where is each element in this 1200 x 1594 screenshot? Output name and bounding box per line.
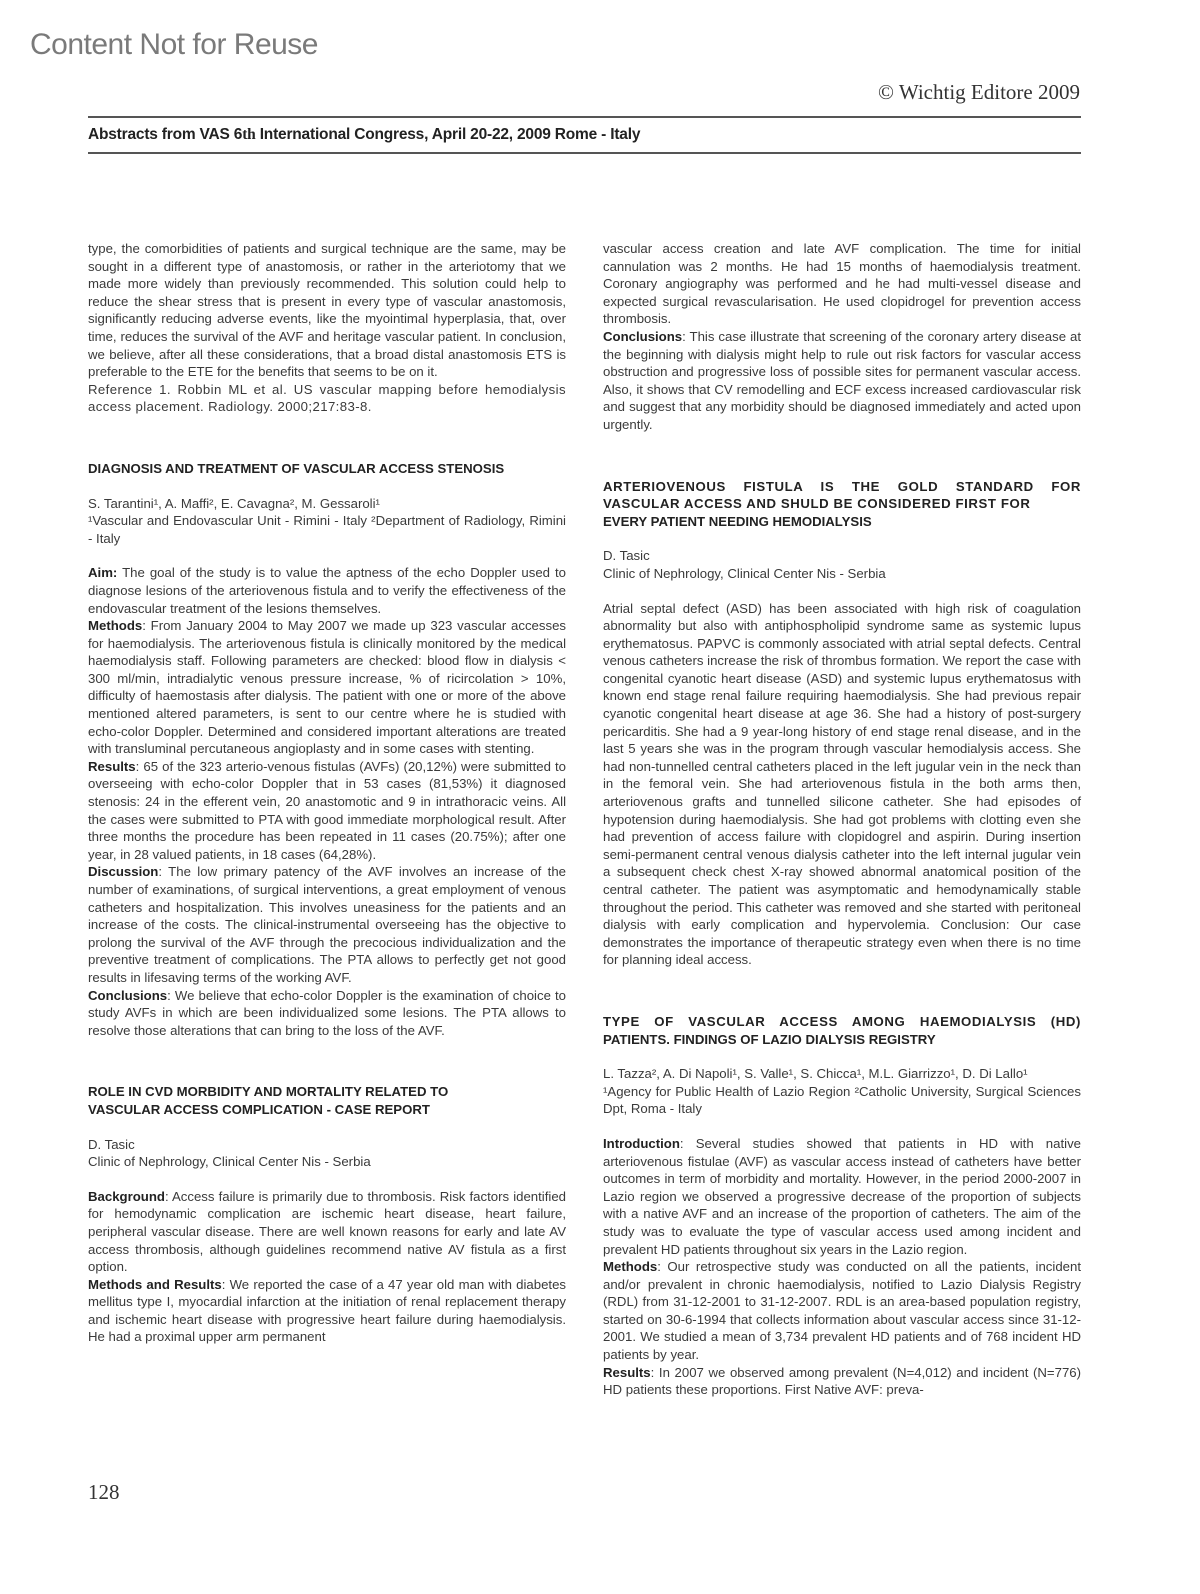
section-results: Results: 65 of the 323 arterio-venous fi… [88,758,566,864]
affiliation-lazio: ¹Agency for Public Health of Lazio Regio… [603,1083,1081,1118]
section-label: Conclusions [88,988,167,1003]
section-methods-results: Methods and Results: We reported the cas… [88,1276,566,1346]
authors-avf: D. Tasic [603,547,1081,565]
section-conclusions: Conclusions: This case illustrate that s… [603,328,1081,434]
authors-stenosis: S. Tarantini¹, A. Maffi², E. Cavagna², M… [88,495,566,513]
title-line: VASCULAR ACCESS COMPLICATION - CASE REPO… [88,1102,430,1117]
running-head-ordinal: th [242,126,255,143]
abstract-title-avf-last: EVERY PATIENT NEEDING HEMODIALYSIS [603,513,1081,531]
running-head-text-end: International Congress, April 20-22, 200… [256,126,641,143]
abstract-title-lazio-last: PATIENTS. FINDINGS OF LAZIO DIALYSIS REG… [603,1031,1081,1049]
abstract-title-cvd: ROLE IN CVD MORBIDITY AND MORTALITY RELA… [88,1083,566,1118]
section-label: Results [88,759,136,774]
section-text: : 65 of the 323 arterio-venous fistulas … [88,759,566,862]
section-text: : In 2007 we observed among prevalent (N… [603,1365,1081,1398]
section-background: Background: Access failure is primarily … [88,1188,566,1276]
section-text: : This case illustrate that screening of… [603,329,1081,432]
section-text: The goal of the study is to value the ap… [88,565,566,615]
section-label: Methods [88,618,142,633]
section-conclusions: Conclusions: We believe that echo-color … [88,987,566,1040]
section-label: Introduction [603,1136,680,1151]
section-label: Results [603,1365,651,1380]
affiliation-stenosis: ¹Vascular and Endovascular Unit - Rimini… [88,512,566,547]
section-discussion: Discussion: The low primary patency of t… [88,863,566,986]
header-rule-bottom [88,152,1081,154]
page-number: 128 [88,1480,120,1505]
section-label: Methods [603,1259,657,1274]
running-head: Abstracts from VAS 6th International Con… [88,126,640,144]
affiliation-cvd: Clinic of Nephrology, Clinical Center Ni… [88,1153,566,1171]
section-methods: Methods: From January 2004 to May 2007 w… [88,617,566,758]
section-label: Conclusions [603,329,682,344]
continuation-paragraph: type, the comorbidities of patients and … [88,240,566,381]
abstract-body-avf: Atrial septal defect (ASD) has been asso… [603,600,1081,969]
abstract-title-lazio: TYPE OF VASCULAR ACCESS AMONG HAEMODIALY… [603,1013,1081,1031]
section-text: : The low primary patency of the AVF inv… [88,864,566,985]
authors-lazio: L. Tazza², A. Di Napoli¹, S. Valle¹, S. … [603,1065,1081,1083]
left-column: type, the comorbidities of patients and … [88,240,566,1346]
section-text: : Several studies showed that patients i… [603,1136,1081,1257]
watermark: Content Not for Reuse [30,28,318,62]
continuation-paragraph: vascular access creation and late AVF co… [603,240,1081,328]
abstract-title-avf: ARTERIOVENOUS FISTULA IS THE GOLD STANDA… [603,478,1081,513]
section-introduction: Introduction: Several studies showed tha… [603,1135,1081,1258]
affiliation-avf: Clinic of Nephrology, Clinical Center Ni… [603,565,1081,583]
section-label: Background [88,1189,165,1204]
section-text: : Our retrospective study was conducted … [603,1259,1081,1362]
section-label: Discussion [88,864,158,879]
header-rule-top [88,116,1081,118]
right-column: vascular access creation and late AVF co… [603,240,1081,1399]
authors-cvd: D. Tasic [88,1136,566,1154]
section-label: Methods and Results [88,1277,222,1292]
section-results: Results: In 2007 we observed among preva… [603,1364,1081,1399]
running-head-text: Abstracts from VAS 6 [88,126,242,143]
abstract-title-stenosis: DIAGNOSIS AND TREATMENT OF VASCULAR ACCE… [88,460,566,478]
section-aim: Aim: The goal of the study is to value t… [88,564,566,617]
section-label: Aim: [88,565,117,580]
section-methods: Methods: Our retrospective study was con… [603,1258,1081,1364]
copyright-notice: © Wichtig Editore 2009 [878,80,1080,105]
reference: Reference 1. Robbin ML et al. US vascula… [88,381,566,416]
section-text: : From January 2004 to May 2007 we made … [88,618,566,756]
title-line: ROLE IN CVD MORBIDITY AND MORTALITY RELA… [88,1084,448,1099]
